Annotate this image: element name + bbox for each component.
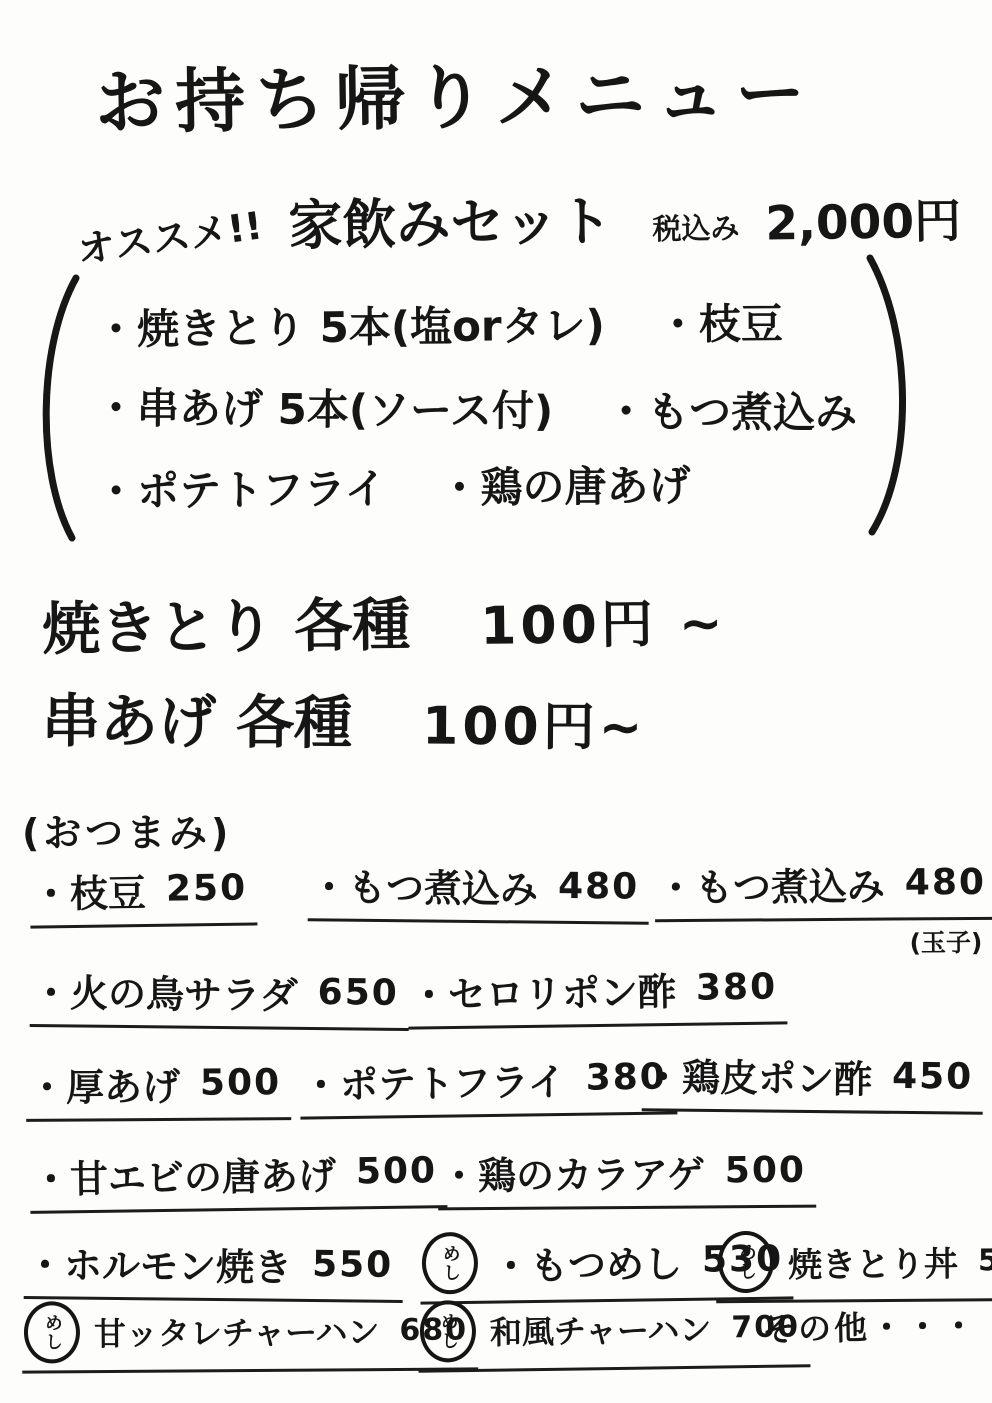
item-name: ・甘エビの唐あげ xyxy=(32,1145,337,1204)
meshi-badge: めし xyxy=(420,1300,477,1363)
item-name: 和風チャーハン xyxy=(490,1305,712,1354)
otsumami-heading: (おつまみ) xyxy=(22,802,232,857)
set-line-3: ・ポテトフライ ・鶏の唐あげ xyxy=(95,453,691,519)
set-item-kushiage: ・串あげ 5本(ソース付) xyxy=(95,375,554,438)
set-recommend-label: オススメ!! xyxy=(73,194,265,274)
item-price: 500 xyxy=(200,1062,281,1104)
meshi-badge: めし xyxy=(718,1231,774,1293)
item-note: (玉子) xyxy=(655,923,992,961)
menu-item-celery-ponzu: ・セロリポン酢380 xyxy=(408,959,788,1029)
set-name: 家飲みセット xyxy=(288,179,613,261)
others-note: その他・・・ xyxy=(762,1300,979,1351)
item-price: 580 xyxy=(978,1242,992,1277)
item-price: 500 xyxy=(725,1150,806,1192)
set-bracket-left-icon xyxy=(26,272,84,544)
set-tax-label: 税込み xyxy=(652,206,740,255)
set-item-edamame: ・枝豆 xyxy=(657,291,784,352)
menu-item-motsuni-tamago: ・もつ煮込み480 (玉子) xyxy=(655,855,992,961)
item-price: 500 xyxy=(356,1150,438,1192)
item-price: 250 xyxy=(166,868,248,910)
menu-item-yakitori-don: めし焼きとり丼580 xyxy=(716,1229,992,1303)
set-bracket-right-icon xyxy=(858,252,920,538)
set-item-potato: ・ポテトフライ xyxy=(95,456,387,519)
kushiage-price: 100円~ xyxy=(422,684,647,761)
yakitori-row: 焼きとり 各種 100円 ~ xyxy=(42,574,727,666)
item-name: ・セロリポン酢 xyxy=(410,961,677,1020)
set-price: 2,000円 xyxy=(765,184,962,254)
kushiage-row: 串あげ 各種 100円~ xyxy=(42,674,647,762)
menu-item-potato-fry: ・ポテトフライ380 xyxy=(300,1049,678,1119)
item-name: ・火の鳥サラダ xyxy=(32,962,298,1020)
item-name: ・枝豆 xyxy=(32,862,147,919)
meshi-badge: めし xyxy=(422,1232,479,1295)
item-price: 480 xyxy=(558,866,640,908)
item-name: 甘ッタレチャーハン xyxy=(94,1307,380,1355)
item-price: 550 xyxy=(312,1244,394,1286)
item-name: ・ポテトフライ xyxy=(302,1051,566,1110)
menu-item-torikawa-ponzu: ・鶏皮ポン酢450 xyxy=(642,1046,984,1115)
menu-item-wafu-chahan: めし和風チャーハン700 xyxy=(418,1295,811,1372)
set-item-yakitori: ・焼きとり 5本(塩orタレ) xyxy=(95,293,605,357)
set-item-motsuni: ・もつ煮込み xyxy=(605,379,857,441)
menu-item-atsuage: ・厚あげ500 xyxy=(26,1055,292,1122)
yakitori-price: 100円 ~ xyxy=(480,581,727,659)
menu-item-amaebi-karaage: ・甘エビの唐あげ500 xyxy=(30,1143,448,1214)
item-price: 650 xyxy=(317,972,399,1014)
set-line-2: ・串あげ 5本(ソース付) ・もつ煮込み xyxy=(95,375,858,440)
meshi-badge: めし xyxy=(24,1301,80,1363)
item-name: ・鶏皮ポン酢 xyxy=(644,1046,873,1103)
item-name: ・厚あげ xyxy=(28,1056,180,1112)
menu-item-motsuni: ・もつ煮込み480 xyxy=(308,856,650,925)
item-name: 焼きとり丼 xyxy=(788,1236,958,1286)
takeout-menu-page: お持ち帰りメニュー オススメ!! 家飲みセット 税込み 2,000円 ・焼きとり… xyxy=(0,0,992,1403)
item-name: ・もつ煮込み xyxy=(310,856,539,913)
item-name: ・鶏のカラアゲ xyxy=(440,1143,705,1200)
kushiage-name: 串あげ 各種 xyxy=(42,674,353,760)
item-name: ・もつめし xyxy=(492,1232,683,1290)
menu-item-horumon-yaki: ・ホルモン焼き550 xyxy=(24,1234,404,1303)
menu-item-amattare-chahan: めし甘ッタレチャーハン680 xyxy=(22,1298,479,1373)
item-price: 380 xyxy=(696,966,778,1008)
page-title: お持ち帰りメニュー xyxy=(94,37,815,148)
item-name: ・もつ煮込み xyxy=(657,856,885,913)
item-name: ・ホルモン焼き xyxy=(26,1234,293,1292)
item-price: 450 xyxy=(892,1056,974,1098)
yakitori-name: 焼きとり 各種 xyxy=(42,578,411,666)
set-line-1: ・焼きとり 5本(塩orタレ) ・枝豆 xyxy=(95,291,783,357)
menu-item-edamame: ・枝豆250 xyxy=(30,860,258,928)
set-headline: オススメ!! 家飲みセット 税込み 2,000円 xyxy=(76,174,962,263)
item-price: 480 xyxy=(905,862,986,904)
menu-item-hinotori-salad: ・火の鳥サラダ650 xyxy=(30,962,409,1031)
set-item-karaage: ・鶏の唐あげ xyxy=(438,453,691,516)
menu-item-tori-karaage: ・鶏のカラアゲ500 xyxy=(438,1143,816,1211)
